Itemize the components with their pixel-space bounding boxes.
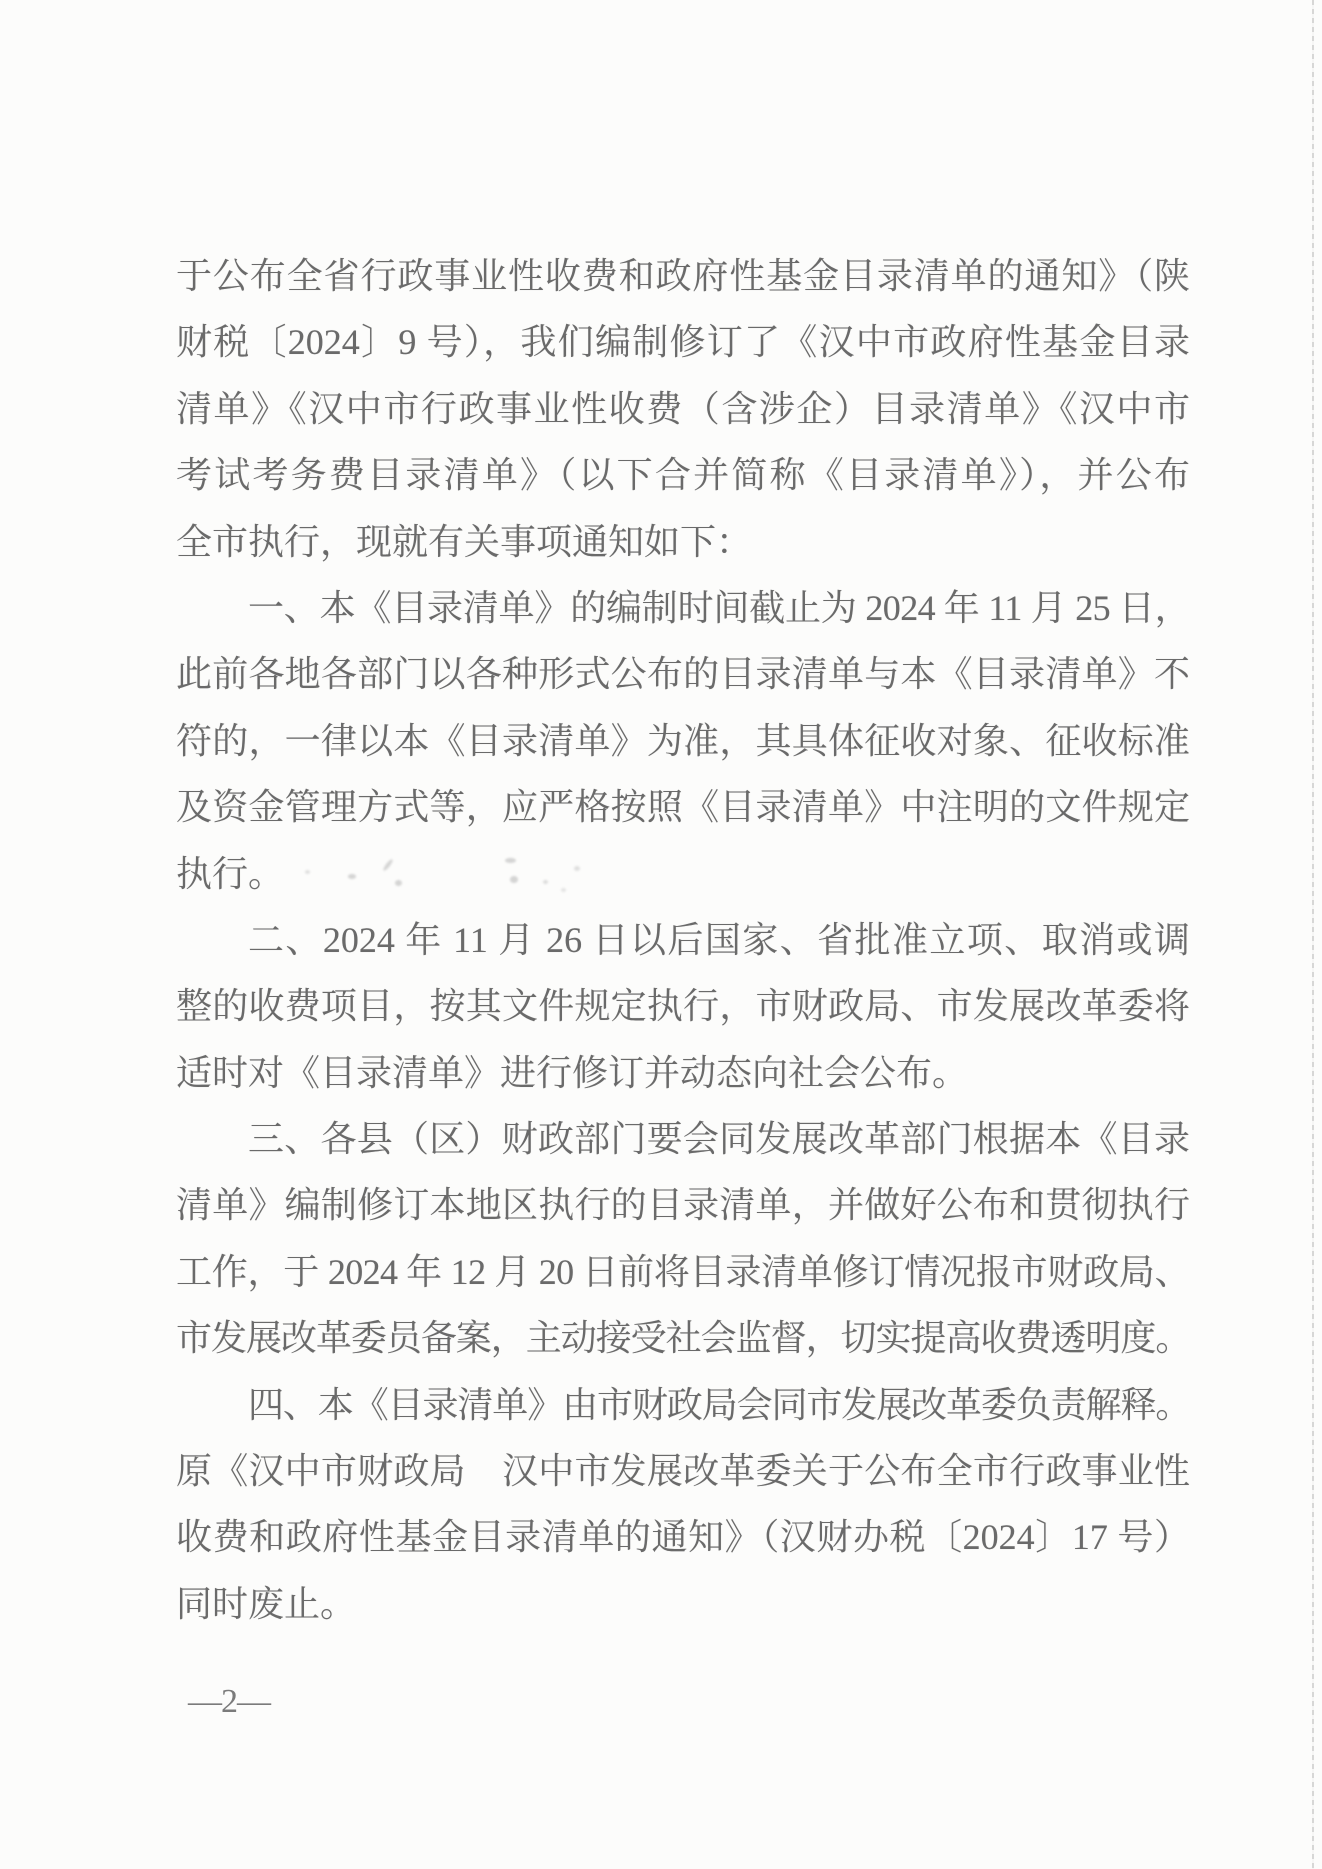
document-line: 收费和政府性基金目录清单的通知》（汉财办税〔2024〕17 号）	[176, 1504, 1190, 1570]
scan-smudge	[543, 880, 548, 884]
document-line: 此前各地各部门以各种形式公布的目录清单与本《目录清单》不	[176, 641, 1190, 707]
scan-smudge	[305, 870, 310, 874]
scan-smudge	[505, 858, 516, 863]
document-line: 三、各县（区）财政部门要会同发展改革部门根据本《目录	[176, 1106, 1190, 1172]
scanned-document-page: { "colors":{ "paper":"#fcfcfb", "ink":"#…	[0, 0, 1322, 1869]
document-body: 于公布全省行政事业性收费和政府性基金目录清单的通知》（陕财税〔2024〕9 号）…	[176, 243, 1190, 1637]
scan-edge-line	[1312, 0, 1314, 1869]
scan-smudge	[561, 888, 566, 892]
document-line: 清单》编制修订本地区执行的目录清单，并做好公布和贯彻执行	[176, 1172, 1190, 1238]
scan-smudge	[574, 866, 580, 871]
document-line: 执行。	[176, 841, 1190, 907]
scan-smudge	[348, 874, 356, 879]
document-line: 适时对《目录清单》进行修订并动态向社会公布。	[176, 1040, 1190, 1106]
document-line: 原《汉中市财政局 汉中市发展改革委关于公布全市行政事业性	[176, 1438, 1190, 1504]
document-line: 二、2024 年 11 月 26 日以后国家、省批准立项、取消或调	[176, 907, 1190, 973]
scan-smudge	[510, 876, 518, 883]
document-line: 清单》《汉中市行政事业性收费（含涉企）目录清单》《汉中市	[176, 376, 1190, 442]
document-line: 工作，于 2024 年 12 月 20 日前将目录清单修订情况报市财政局、	[176, 1239, 1190, 1305]
document-line: 同时废止。	[176, 1571, 1190, 1637]
document-line: 考试考务费目录清单》（以下合并简称《目录清单》），并公布	[176, 442, 1190, 508]
document-line: 于公布全省行政事业性收费和政府性基金目录清单的通知》（陕	[176, 243, 1190, 309]
document-line: 财税〔2024〕9 号），我们编制修订了《汉中市政府性基金目录	[176, 309, 1190, 375]
document-line: 一、本《目录清单》的编制时间截止为 2024 年 11 月 25 日，	[176, 575, 1190, 641]
document-line: 符的，一律以本《目录清单》为准，其具体征收对象、征收标准	[176, 708, 1190, 774]
document-line: 整的收费项目，按其文件规定执行，市财政局、市发展改革委将	[176, 973, 1190, 1039]
document-line: 市发展改革委员备案，主动接受社会监督，切实提高收费透明度。	[176, 1305, 1190, 1371]
page-number: —2—	[188, 1682, 270, 1722]
document-line: 全市执行，现就有关事项通知如下：	[176, 509, 1190, 575]
document-line: 四、本《目录清单》由市财政局会同市发展改革委负责解释。	[176, 1372, 1190, 1438]
document-line: 及资金管理方式等，应严格按照《目录清单》中注明的文件规定	[176, 774, 1190, 840]
scan-smudge	[395, 880, 402, 886]
